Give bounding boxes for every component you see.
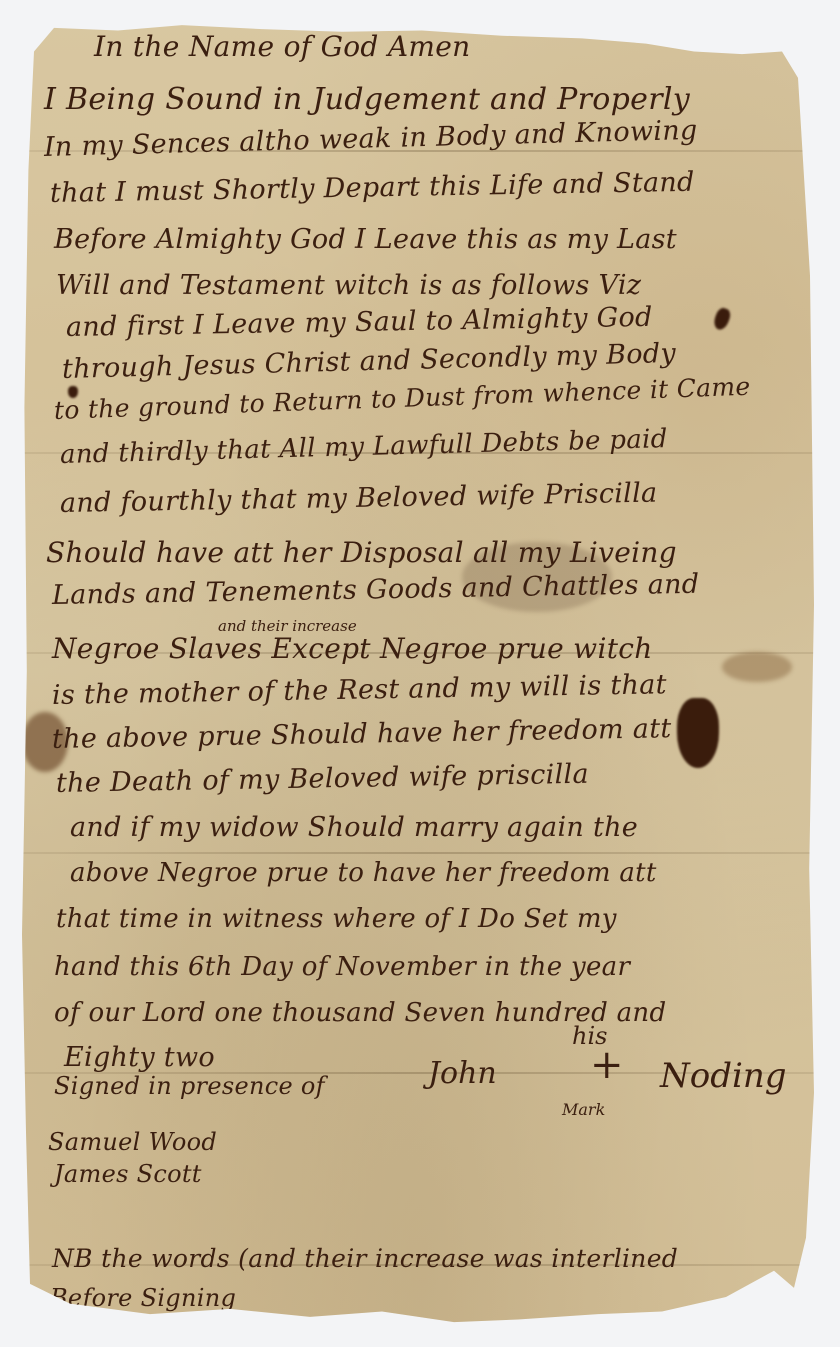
witness-intro: Signed in presence of — [54, 1072, 325, 1100]
body-line: Before Almighty God I Leave this as my L… — [54, 224, 677, 255]
testator-first-name: John — [428, 1056, 497, 1091]
body-line: the above prue Should have her freedom a… — [52, 713, 672, 755]
body-line: is the mother of the Rest and my will is… — [52, 669, 667, 711]
body-line: Will and Testament witch is as follows V… — [56, 270, 641, 301]
body-line: Eighty two — [64, 1042, 215, 1073]
testator-mark: + — [590, 1042, 624, 1088]
body-line: that I must Shortly Depart this Life and… — [50, 167, 695, 209]
will-heading: In the Name of God Amen — [94, 30, 470, 63]
body-line: Lands and Tenements Goods and Chattles a… — [52, 569, 700, 611]
body-line: and fourthly that my Beloved wife Prisci… — [60, 478, 658, 519]
note-line: NB the words (and their increase was int… — [52, 1244, 678, 1273]
body-line: and thirdly that All my Lawfull Debts be… — [60, 424, 668, 470]
body-line: the Death of my Beloved wife priscilla — [56, 759, 589, 799]
body-line: I Being Sound in Judgement and Properly — [44, 82, 690, 117]
body-line: Negroe Slaves Except Negroe prue witch — [52, 632, 653, 665]
witness-name: Samuel Wood — [48, 1128, 217, 1156]
body-line: and if my widow Should marry again the — [70, 812, 638, 843]
body-line: Should have att her Disposal all my Live… — [46, 536, 677, 569]
body-line: that time in witness where of I Do Set m… — [56, 904, 617, 934]
body-line: hand this 6th Day of November in the yea… — [54, 952, 630, 982]
testator-last-name: Noding — [660, 1056, 787, 1096]
witness-name: James Scott — [54, 1160, 202, 1188]
handwritten-text: In the Name of God Amen I Being Sound in… — [22, 12, 822, 1330]
body-line: In my Sences altho weak in Body and Know… — [44, 115, 698, 163]
manuscript-page: In the Name of God Amen I Being Sound in… — [22, 12, 822, 1330]
body-line: and first I Leave my Saul to Almighty Go… — [66, 302, 653, 343]
note-line: Before Signing — [50, 1284, 236, 1312]
body-line: above Negroe prue to have her freedom at… — [70, 858, 657, 888]
mark-label: Mark — [562, 1100, 605, 1119]
